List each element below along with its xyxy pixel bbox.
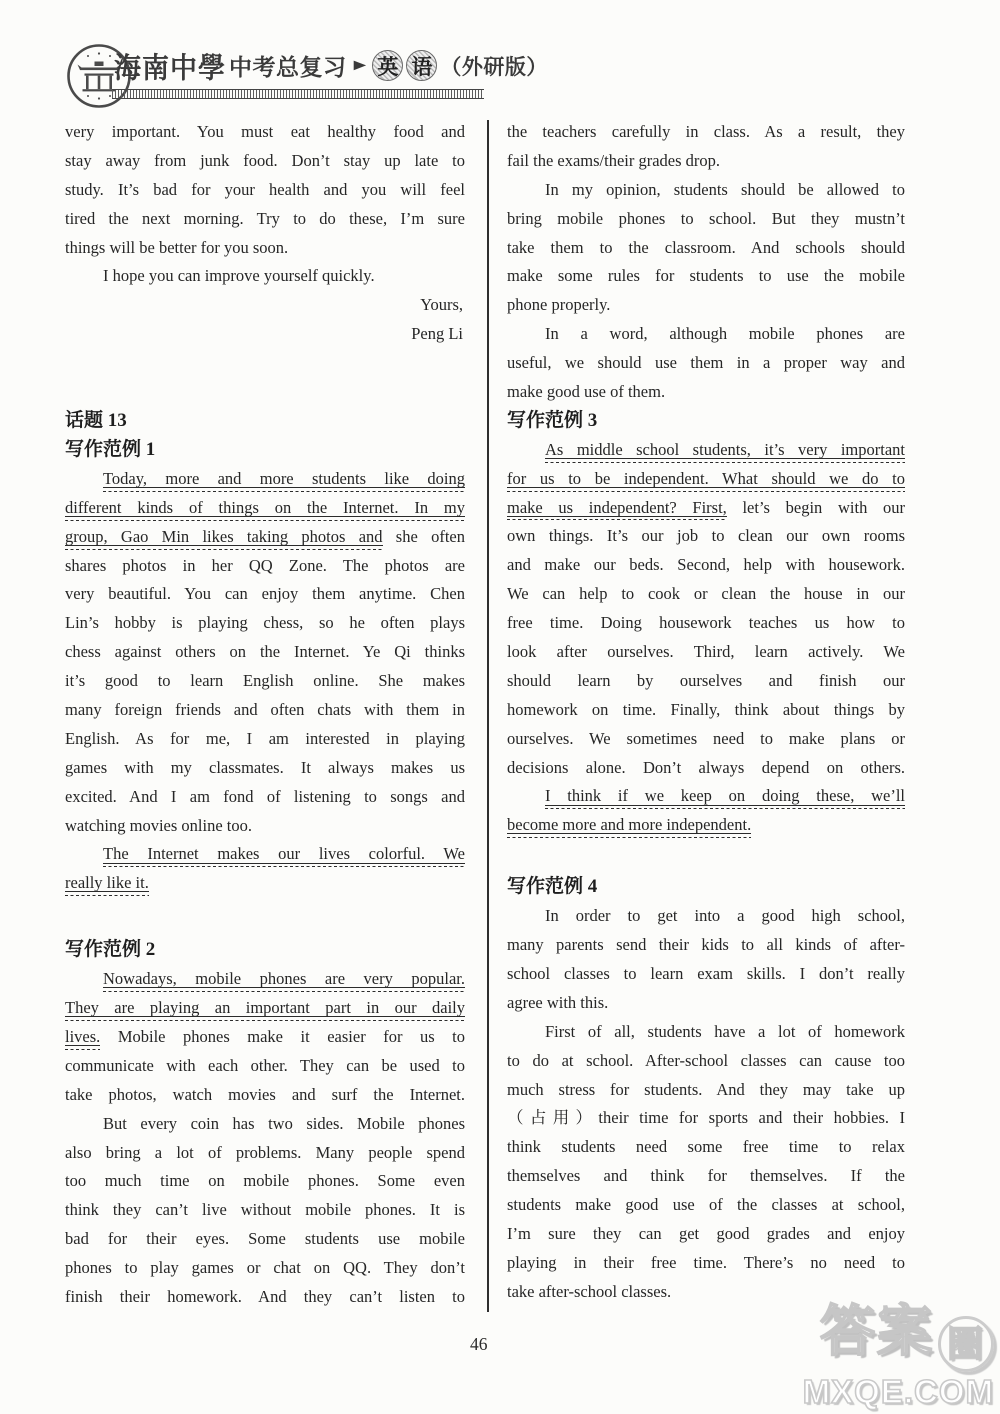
paragraph: Nowadays, mobile phones are very popular… bbox=[65, 965, 465, 1312]
text-line: homework on time. Finally, think about t… bbox=[507, 696, 905, 725]
text-line: the teachers carefully in class. As a re… bbox=[507, 118, 905, 147]
text-line: look after ourselves. Third, learn activ… bbox=[507, 638, 905, 667]
column-divider bbox=[487, 120, 489, 1312]
text-line: different kinds of things on the Interne… bbox=[65, 494, 465, 523]
text-line: should learn by ourselves and finish our bbox=[507, 667, 905, 696]
watermark: 答案圈 MXQE.COM bbox=[803, 1303, 994, 1410]
text-line: much stress for students. And they may t… bbox=[507, 1076, 905, 1105]
text-line: In my opinion, students should be allowe… bbox=[507, 176, 905, 205]
text-line: I hope you can improve yourself quickly. bbox=[65, 262, 465, 291]
watermark-site: MXQE.COM bbox=[803, 1374, 994, 1410]
text-line: The Internet makes our lives colorful. W… bbox=[65, 840, 465, 869]
underlined-text: Nowadays, mobile phones are very popular… bbox=[103, 969, 465, 992]
text-line: excited. And I am fond of listening to s… bbox=[65, 783, 465, 812]
left-column: very important. You must eat healthy foo… bbox=[65, 118, 465, 1312]
text-line: I think if we keep on doing these, we’ll bbox=[507, 782, 905, 811]
text-line: very beautiful. You can enjoy them anyti… bbox=[65, 580, 465, 609]
underlined-text: really like it. bbox=[65, 873, 149, 896]
section-heading: 写作范例 3 bbox=[507, 407, 905, 436]
text-line: study. It’s bad for your health and you … bbox=[65, 176, 465, 205]
text-line: think students need some free time to re… bbox=[507, 1133, 905, 1162]
text-line: agree with this. bbox=[507, 989, 905, 1018]
title-edition: （外研版） bbox=[440, 51, 548, 81]
text-line: Today, more and more students like doing bbox=[65, 465, 465, 494]
text-line: bring mobile phones to school. But they … bbox=[507, 205, 905, 234]
text-line: games with my classmates. It always make… bbox=[65, 754, 465, 783]
book-header: 海南中學 中考总复习 ► 英 语 （外研版） bbox=[64, 40, 494, 110]
paragraph: very important. You must eat healthy foo… bbox=[65, 118, 465, 349]
text-line: take them to the classroom. And schools … bbox=[507, 234, 905, 263]
subject-badge-2: 语 bbox=[406, 50, 437, 81]
text-line: Lin’s hobby is playing chess, so he ofte… bbox=[65, 609, 465, 638]
title-school-name: 海南中學 bbox=[114, 45, 226, 86]
text-line: take photos, watch movies and surf the I… bbox=[65, 1081, 465, 1110]
text-line: make us independent? First, let’s begin … bbox=[507, 494, 905, 523]
underlined-text: group, Gao Min likes taking photos and bbox=[65, 527, 383, 550]
text-line: In order to get into a good high school, bbox=[507, 902, 905, 931]
underlined-text: different kinds of things on the Interne… bbox=[65, 498, 465, 521]
text-line: They are playing an important part in ou… bbox=[65, 994, 465, 1023]
text-line: English. As for me, I am interested in p… bbox=[65, 725, 465, 754]
page: 海南中學 中考总复习 ► 英 语 （外研版） very important. Y… bbox=[0, 0, 1000, 1414]
text-line: ourselves. We sometimes need to make pla… bbox=[507, 725, 905, 754]
text-line: First of all, students have a lot of hom… bbox=[507, 1018, 905, 1047]
section-heading: 话题 13 bbox=[65, 407, 465, 436]
underlined-text: lives. bbox=[65, 1027, 100, 1050]
text-line: chess against others on the Internet. Ye… bbox=[65, 638, 465, 667]
text-line: become more and more independent. bbox=[507, 811, 905, 840]
paragraph: As middle school students, it’s very imp… bbox=[507, 436, 905, 840]
subject-badge-1: 英 bbox=[372, 50, 403, 81]
text-line: lives. Mobile phones make it easier for … bbox=[65, 1023, 465, 1052]
text-line: We can help to cook or clean the house i… bbox=[507, 580, 905, 609]
text-line: phones to play games or chat on QQ. They… bbox=[65, 1254, 465, 1283]
text-line: playing in their free time. There’s no n… bbox=[507, 1249, 905, 1278]
text-line: In a word, although mobile phones are bbox=[507, 320, 905, 349]
text-line: make good use of them. bbox=[507, 378, 905, 407]
text-line: Nowadays, mobile phones are very popular… bbox=[65, 965, 465, 994]
text-line: make some rules for students to use the … bbox=[507, 262, 905, 291]
watermark-badge-text: 答案 bbox=[820, 1300, 934, 1362]
text-line: tired the next morning. Try to do these,… bbox=[65, 205, 465, 234]
text-line: free time. Doing housework teaches us ho… bbox=[507, 609, 905, 638]
underlined-text: I think if we keep on doing these, we’ll bbox=[545, 786, 905, 809]
text-line: to do at school. After-school classes ca… bbox=[507, 1047, 905, 1076]
text-line: students make good use of the classes at… bbox=[507, 1191, 905, 1220]
text-line: communicate with each other. They can be… bbox=[65, 1052, 465, 1081]
text-line: fail the exams/their grades drop. bbox=[507, 147, 905, 176]
right-column: the teachers carefully in class. As a re… bbox=[507, 118, 905, 1307]
underlined-text: for us to be independent. What should we… bbox=[507, 469, 905, 492]
underlined-text: Today, more and more students like doing bbox=[103, 469, 465, 492]
text-line: Yours, bbox=[65, 291, 465, 320]
underlined-text: make us independent? First, bbox=[507, 498, 727, 521]
arrow-icon: ► bbox=[349, 57, 370, 75]
text-line: it’s good to learn English online. She m… bbox=[65, 667, 465, 696]
paragraph: Today, more and more students like doing… bbox=[65, 465, 465, 898]
page-number: 46 bbox=[470, 1334, 488, 1355]
text-line: for us to be independent. What should we… bbox=[507, 465, 905, 494]
text-line: watching movies online too. bbox=[65, 812, 465, 841]
text-line: too much time on mobile phones. Some eve… bbox=[65, 1167, 465, 1196]
underlined-text: become more and more independent. bbox=[507, 815, 751, 838]
text-line: many foreign friends and often chats wit… bbox=[65, 696, 465, 725]
text-line: own things. It’s our job to clean our ow… bbox=[507, 522, 905, 551]
paragraph: the teachers carefully in class. As a re… bbox=[507, 118, 905, 407]
text-line: and make our beds. Second, help with hou… bbox=[507, 551, 905, 580]
text-line: bad for their eyes. Some students use mo… bbox=[65, 1225, 465, 1254]
subject-char-2: 语 bbox=[411, 51, 432, 81]
text-line: group, Gao Min likes taking photos and s… bbox=[65, 523, 465, 552]
text-line: I’m sure they can get good grades and en… bbox=[507, 1220, 905, 1249]
text-line: （占用）their time for sports and their hobb… bbox=[507, 1104, 905, 1133]
text-line: very important. You must eat healthy foo… bbox=[65, 118, 465, 147]
text-line: finish their homework. And they can’t li… bbox=[65, 1283, 465, 1312]
section-heading: 写作范例 1 bbox=[65, 436, 465, 465]
text-line: shares photos in her QQ Zone. The photos… bbox=[65, 552, 465, 581]
paragraph: In order to get into a good high school,… bbox=[507, 902, 905, 1306]
text-line: But every coin has two sides. Mobile pho… bbox=[65, 1110, 465, 1139]
text-line: phone properly. bbox=[507, 291, 905, 320]
underlined-text: As middle school students, it’s very imp… bbox=[545, 440, 905, 463]
text-line: Peng Li bbox=[65, 320, 465, 349]
book-title: 海南中學 中考总复习 ► 英 语 （外研版） bbox=[114, 46, 548, 85]
text-line: also bring a lot of problems. Many peopl… bbox=[65, 1139, 465, 1168]
text-line: really like it. bbox=[65, 869, 465, 898]
text-line: themselves and think for themselves. If … bbox=[507, 1162, 905, 1191]
text-line: As middle school students, it’s very imp… bbox=[507, 436, 905, 465]
watermark-badge: 答案圈 bbox=[803, 1303, 994, 1372]
section-heading: 写作范例 2 bbox=[65, 936, 465, 965]
underlined-text: They are playing an important part in ou… bbox=[65, 998, 465, 1021]
text-line: stay away from junk food. Don’t stay up … bbox=[65, 147, 465, 176]
text-line: many parents send their kids to all kind… bbox=[507, 931, 905, 960]
decorative-band bbox=[112, 89, 484, 99]
text-line: think they can’t live without mobile pho… bbox=[65, 1196, 465, 1225]
text-line: things will be better for you soon. bbox=[65, 234, 465, 263]
underlined-text: The Internet makes our lives colorful. W… bbox=[103, 844, 465, 867]
text-line: useful, we should use them in a proper w… bbox=[507, 349, 905, 378]
title-exam-text: 中考总复习 bbox=[229, 49, 347, 82]
section-heading: 写作范例 4 bbox=[507, 873, 905, 902]
text-line: school classes to learn exam skills. I d… bbox=[507, 960, 905, 989]
subject-char-1: 英 bbox=[377, 51, 398, 81]
text-line: decisions alone. Don’t always depend on … bbox=[507, 754, 905, 783]
watermark-circled-char: 圈 bbox=[938, 1316, 994, 1372]
